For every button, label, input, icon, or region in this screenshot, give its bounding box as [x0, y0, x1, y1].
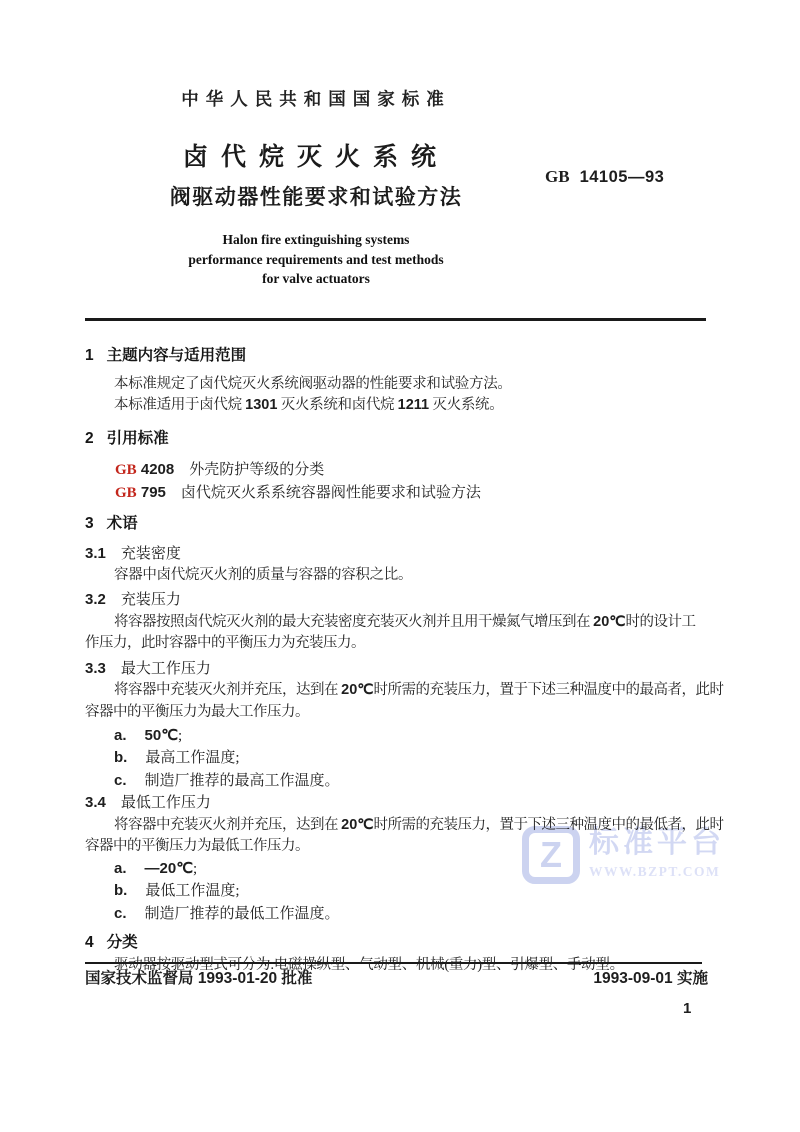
list-item-label: c.	[114, 770, 127, 792]
reference-line: GB 4208 外壳防护等级的分类	[85, 459, 725, 482]
document-page: 中华人民共和国国家标准 卤代烷灭火系统 阀驱动器性能要求和试验方法 GB1410…	[0, 0, 800, 1132]
list-item-text: 制造厂推荐的最高工作温度。	[145, 773, 340, 789]
clause-3-4-heading: 3.4最低工作压力	[85, 792, 725, 815]
list-item-text: 最高工作温度;	[145, 750, 239, 766]
page-number: 1	[683, 1000, 691, 1017]
section-4-title: 分类	[107, 934, 138, 951]
document-body: 1主题内容与适用范围 本标准规定了卤代烷灭火系统阀驱动器的性能要求和试验方法。 …	[85, 335, 725, 976]
section-1-heading: 1主题内容与适用范围	[85, 345, 725, 367]
standard-number-value: 14105—93	[580, 168, 665, 186]
list-item-label: c.	[114, 903, 127, 925]
standard-authority-title: 中华人民共和国国家标准	[85, 86, 547, 111]
list-item: c.制造厂推荐的最高工作温度。	[85, 770, 725, 793]
clause-3-3-heading: 3.3最大工作压力	[85, 658, 725, 681]
clause-3-2-paragraph-line: 将容器按照卤代烷灭火剂的最大充装密度充装灭火剂并且用干燥氮气增压到在 20℃时的…	[85, 612, 725, 634]
section-1-number: 1	[85, 345, 94, 367]
list-item-text: 50℃;	[145, 728, 183, 744]
clause-3-4-number: 3.4	[85, 794, 106, 811]
clause-3-2-number: 3.2	[85, 591, 106, 608]
document-title-cn-line2: 阀驱动器性能要求和试验方法	[85, 181, 547, 211]
section-4-number: 4	[85, 932, 94, 954]
document-title-cn-line1: 卤代烷灭火系统	[85, 137, 547, 173]
clause-3-1-heading: 3.1充装密度	[85, 543, 725, 566]
clause-3-3-title: 最大工作压力	[121, 661, 211, 677]
list-item: a.—20℃;	[85, 858, 725, 881]
clause-3-2-heading: 3.2充装压力	[85, 589, 725, 612]
list-item-label: a.	[114, 858, 127, 880]
title-en-line2: performance requirements and test method…	[85, 250, 547, 270]
list-item: b.最高工作温度;	[85, 747, 725, 770]
title-en-line3: for valve actuators	[85, 269, 547, 289]
clause-3-1-definition: 容器中卤代烷灭火剂的质量与容器的容积之比。	[85, 565, 725, 587]
clause-3-2-title: 充装压力	[121, 592, 181, 608]
reference-line: GB 795 卤代烷灭火系系统容器阀性能要求和试验方法	[85, 482, 725, 505]
section-3-title: 术语	[107, 515, 138, 532]
title-en-line1: Halon fire extinguishing systems	[85, 230, 547, 250]
clause-3-3-paragraph-line: 容器中的平衡压力为最大工作压力。	[85, 702, 725, 724]
list-item: c.制造厂推荐的最低工作温度。	[85, 903, 725, 926]
clause-3-1-title: 充装密度	[121, 546, 181, 562]
list-item-text: —20℃;	[145, 861, 198, 877]
section-4-paragraph: 驱动器按驱动型式可分为:电磁操纵型、气动型、机械(重力)型、引爆型、手动型。	[85, 955, 725, 977]
list-item-label: b.	[114, 747, 127, 769]
list-item-label: b.	[114, 880, 127, 902]
section-1-title: 主题内容与适用范围	[107, 347, 247, 364]
document-title-en: Halon fire extinguishing systems perform…	[85, 230, 547, 289]
header-divider-rule	[85, 318, 706, 321]
list-item-text: 制造厂推荐的最低工作温度。	[145, 906, 340, 922]
clause-3-2-paragraph-line: 作压力，此时容器中的平衡压力为充装压力。	[85, 633, 725, 655]
list-item: a.50℃;	[85, 725, 725, 748]
section-1-paragraph-2: 本标准适用于卤代烷 1301 灭火系统和卤代烷 1211 灭火系统。	[85, 395, 725, 417]
clause-3-1-number: 3.1	[85, 545, 106, 562]
section-3-number: 3	[85, 513, 94, 535]
standard-number: GB14105—93	[545, 167, 664, 187]
section-2-number: 2	[85, 428, 94, 450]
standard-number-prefix: GB	[545, 167, 570, 186]
section-2-title: 引用标准	[107, 430, 169, 447]
list-item-label: a.	[114, 725, 127, 747]
list-item-text: 最低工作温度;	[145, 883, 239, 899]
clause-3-3-paragraph-line: 将容器中充装灭火剂并充压，达到在 20℃时所需的充装压力，置于下述三种温度中的最…	[85, 680, 725, 702]
clause-3-4-title: 最低工作压力	[121, 795, 211, 811]
list-item: b.最低工作温度;	[85, 880, 725, 903]
section-1-paragraph-1: 本标准规定了卤代烷灭火系统阀驱动器的性能要求和试验方法。	[85, 374, 725, 396]
section-2-heading: 2引用标准	[85, 428, 725, 450]
clause-3-4-paragraph-line: 容器中的平衡压力为最低工作压力。	[85, 836, 725, 858]
clause-3-3-number: 3.3	[85, 660, 106, 677]
section-3-heading: 3术语	[85, 513, 725, 535]
clause-3-4-paragraph-line: 将容器中充装灭火剂并充压，达到在 20℃时所需的充装压力，置于下述三种温度中的最…	[85, 815, 725, 837]
section-4-heading: 4分类	[85, 932, 725, 954]
